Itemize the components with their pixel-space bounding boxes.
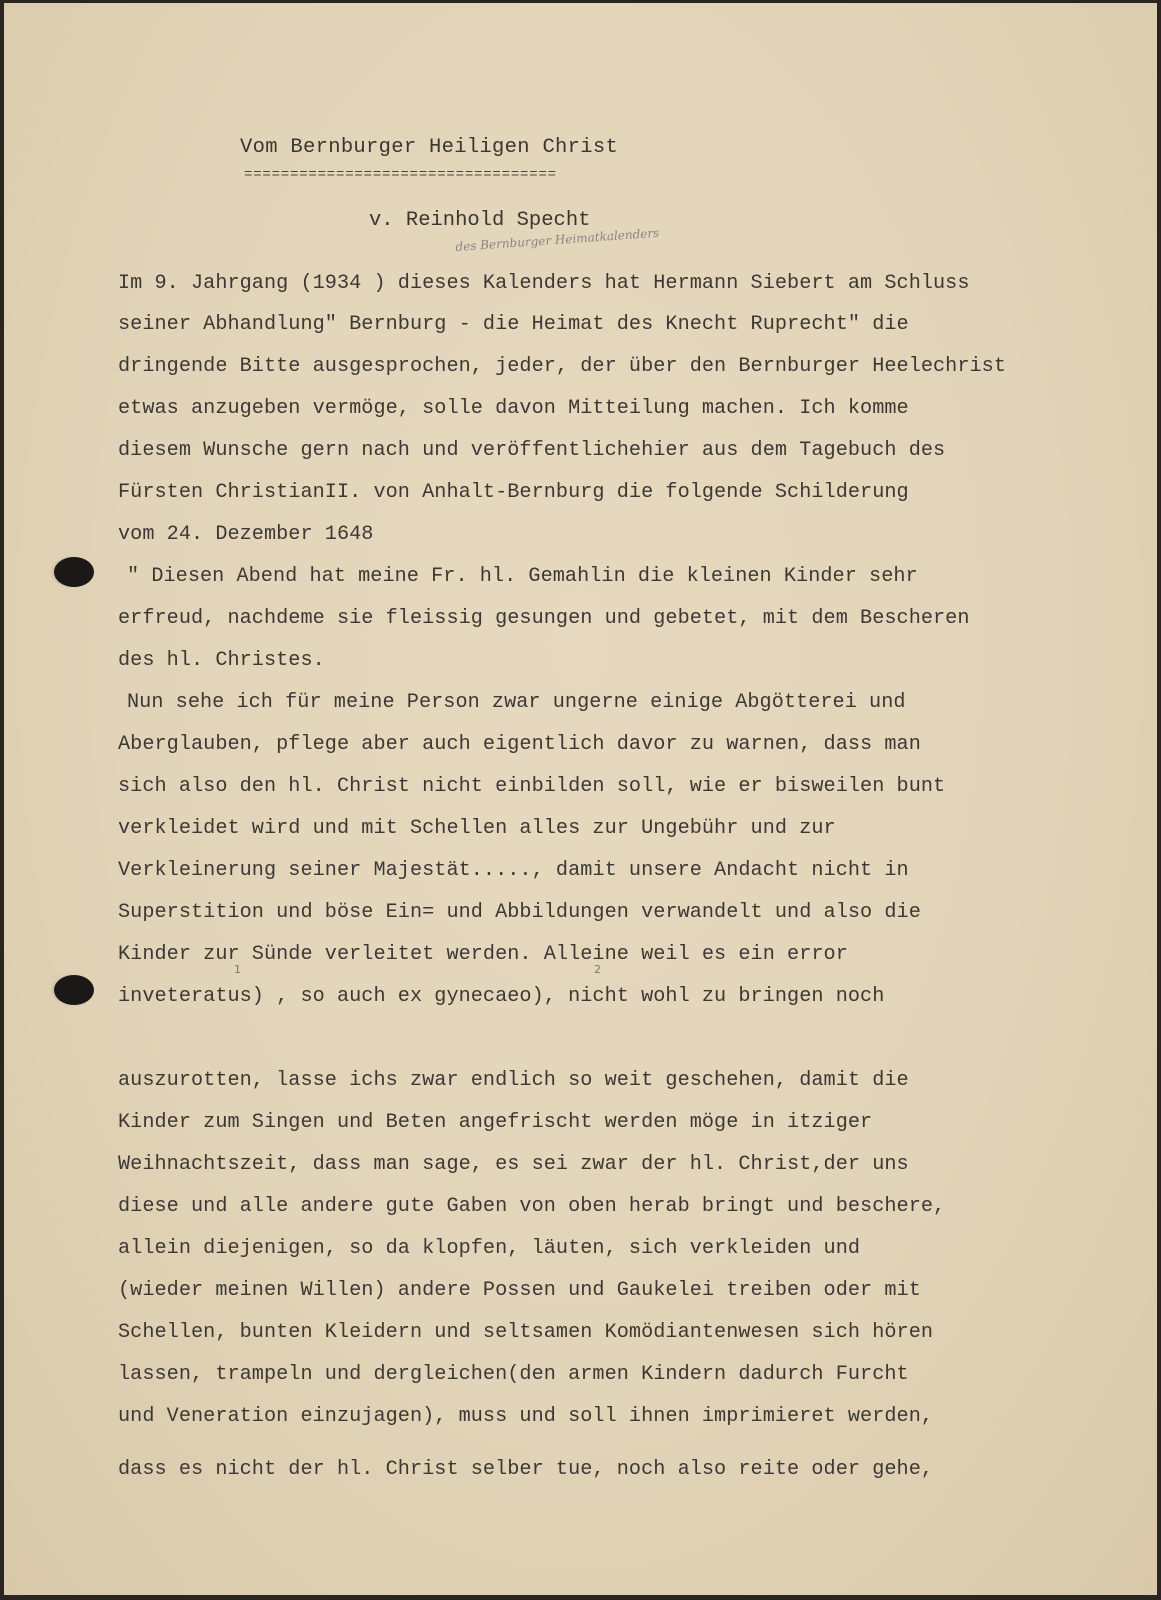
- text-line: lassen, trampeln und dergleichen(den arm…: [118, 1363, 909, 1386]
- text-line: Superstition und böse Ein= und Abbildung…: [118, 901, 921, 924]
- text-line: " Diesen Abend hat meine Fr. hl. Gemahli…: [127, 565, 918, 588]
- text-line: und Veneration einzujagen), muss und sol…: [118, 1405, 933, 1428]
- footnote-mark-2: 2: [594, 963, 601, 976]
- text-line: dringende Bitte ausgesprochen, jeder, de…: [118, 355, 1006, 378]
- text-line: Im 9. Jahrgang (1934 ) dieses Kalenders …: [118, 272, 970, 295]
- text-line: allein diejenigen, so da klopfen, läuten…: [118, 1237, 860, 1260]
- text-line: Weihnachtszeit, dass man sage, es sei zw…: [118, 1153, 909, 1176]
- text-line: sich also den hl. Christ nicht einbilden…: [118, 775, 945, 798]
- text-line: Kinder zum Singen und Beten angefrischt …: [118, 1111, 872, 1134]
- author-byline: v. Reinhold Specht: [369, 209, 590, 232]
- title-underline-rule: ==================================: [244, 168, 557, 182]
- text-line: verkleidet wird und mit Schellen alles z…: [118, 817, 836, 840]
- text-line: dass es nicht der hl. Christ selber tue,…: [118, 1458, 933, 1481]
- punch-hole-top: [54, 557, 94, 587]
- punch-hole-bottom: [54, 975, 94, 1005]
- text-line: des hl. Christes.: [118, 649, 325, 672]
- text-line: erfreud, nachdeme sie fleissig gesungen …: [118, 607, 970, 630]
- footnote-mark-1: 1: [234, 963, 241, 976]
- text-line: Kinder zur Sünde verleitet werden. Allei…: [118, 943, 848, 966]
- document-title: Vom Bernburger Heiligen Christ: [240, 136, 618, 159]
- text-line: etwas anzugeben vermöge, solle davon Mit…: [118, 397, 909, 420]
- text-line: seiner Abhandlung" Bernburg - die Heimat…: [118, 313, 909, 336]
- text-line: Fürsten ChristianII. von Anhalt-Bernburg…: [118, 481, 909, 504]
- text-line: Schellen, bunten Kleidern und seltsamen …: [118, 1321, 933, 1344]
- text-line: auszurotten, lasse ichs zwar endlich so …: [118, 1069, 909, 1092]
- text-line: inveteratus) , so auch ex gynecaeo), nic…: [118, 985, 884, 1008]
- text-line: diesem Wunsche gern nach und veröffentli…: [118, 439, 945, 462]
- text-line: (wieder meinen Willen) andere Possen und…: [118, 1279, 921, 1302]
- text-line: Nun sehe ich für meine Person zwar unger…: [127, 691, 906, 714]
- text-line: vom 24. Dezember 1648: [118, 523, 373, 546]
- text-line: Aberglauben, pflege aber auch eigentlich…: [118, 733, 921, 756]
- text-line: diese und alle andere gute Gaben von obe…: [118, 1195, 945, 1218]
- text-line: Verkleinerung seiner Majestät....., dami…: [118, 859, 909, 882]
- typewritten-page: Vom Bernburger Heiligen Christ =========…: [4, 3, 1157, 1595]
